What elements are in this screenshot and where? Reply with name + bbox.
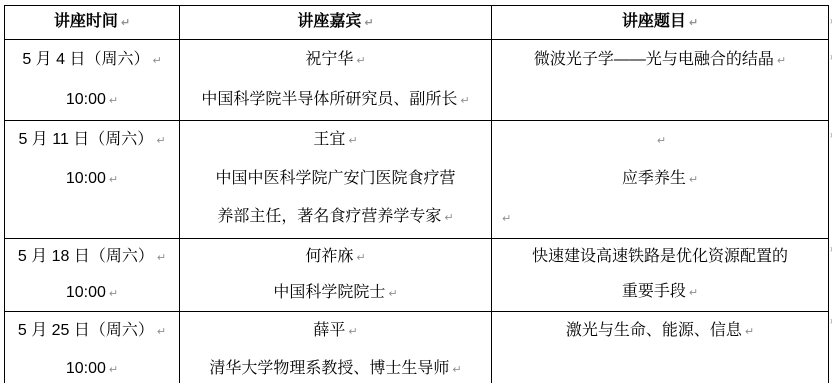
guest-name: 祝宁华↵ [180,40,491,80]
guest-title: 中国中医科学院广安门医院食疗营 [180,160,491,198]
header-cell-time[interactable]: 讲座时间↵ [5,6,180,40]
paragraph-mark-icon: ↵ [356,54,365,67]
time-hour: 10:00↵ [5,160,179,199]
time-hour: 10:00↵ [5,275,179,311]
paragraph-mark-icon: ↵ [460,94,469,107]
header-cell-topic[interactable]: 讲座题目↵ [492,6,829,40]
paragraph-mark-icon: ↵ [745,325,754,338]
document-page: 讲座时间↵ 讲座嘉宾↵ 讲座题目↵ 5 月 4 日（周六）↵ 10:00↵ [0,0,832,383]
cell-time-4[interactable]: 5 月 25 日（周六）↵ 10:00↵ [5,312,180,383]
paragraph-mark-icon: ↵ [109,173,118,186]
cell-time-2[interactable]: 5 月 11 日（周六）↵ 10:00↵ [5,121,180,239]
paragraph-mark-icon: ↵ [364,16,373,29]
header-label-topic: 讲座题目 [622,13,686,30]
topic-line: 激光与生命、能源、信息↵ [492,312,828,350]
topic-empty-line: ↵ [492,121,828,160]
paragraph-mark-icon: ↵ [689,16,698,29]
paragraph-mark-icon: ↵ [109,363,118,376]
lecture-row-3: 5 月 18 日（周六）↵ 10:00↵ 何祚庥↵ 中国科学院院士↵ 快速建设高… [5,239,829,312]
cell-guest-4[interactable]: 薛平↵ 清华大学物理系教授、博士生导师↵ [180,312,492,383]
lecture-table: 讲座时间↵ 讲座嘉宾↵ 讲座题目↵ 5 月 4 日（周六）↵ 10:00↵ [4,5,829,383]
lecture-row-2: 5 月 11 日（周六）↵ 10:00↵ 王宜↵ 中国中医科学院广安门医院食疗营… [5,121,829,239]
cell-topic-4[interactable]: 激光与生命、能源、信息↵ [492,312,829,383]
paragraph-mark-icon: ↵ [157,251,166,264]
guest-name: 王宜↵ [180,121,491,160]
guest-title: 养部主任，著名食疗营养学专家↵ [180,198,491,237]
cell-topic-1[interactable]: 微波光子学——光与电融合的结晶↵ [492,40,829,121]
topic-line: 微波光子学——光与电融合的结晶↵ [492,40,828,80]
header-label-time: 讲座时间 [54,13,118,30]
guest-name: 何祚庥↵ [180,239,491,275]
paragraph-mark-icon: ↵ [502,212,511,225]
header-label-guest: 讲座嘉宾 [297,13,361,30]
paragraph-mark-icon: ↵ [444,211,453,224]
lecture-row-1: 5 月 4 日（周六）↵ 10:00↵ 祝宁华↵ 中国科学院半导体所研究员、副所… [5,40,829,121]
paragraph-mark-icon: ↵ [156,134,165,147]
paragraph-mark-icon: ↵ [777,54,786,67]
cell-time-3[interactable]: 5 月 18 日（周六）↵ 10:00↵ [5,239,180,312]
guest-name: 薛平↵ [180,312,491,350]
time-hour: 10:00↵ [5,350,179,383]
cell-topic-2[interactable]: ↵ 应季养生↵ ↵ [492,121,829,239]
paragraph-mark-icon: ↵ [348,134,357,147]
paragraph-mark-icon: ↵ [388,287,397,300]
paragraph-mark-icon: ↵ [157,325,166,338]
lecture-row-4: 5 月 25 日（周六）↵ 10:00↵ 薛平↵ 清华大学物理系教授、博士生导师… [5,312,829,383]
cell-topic-3[interactable]: 快速建设高速铁路是优化资源配置的 重要手段↵ [492,239,829,312]
paragraph-mark-icon: ↵ [348,325,357,338]
topic-line: 重要手段↵ [492,274,828,310]
header-row: 讲座时间↵ 讲座嘉宾↵ 讲座题目↵ [5,6,829,40]
guest-title: 清华大学物理系教授、博士生导师↵ [180,350,491,383]
paragraph-mark-icon: ↵ [689,286,698,299]
paragraph-mark-icon: ↵ [121,16,130,29]
paragraph-mark-icon: ↵ [109,287,118,300]
time-hour: 10:00↵ [5,80,179,120]
topic-line: 快速建设高速铁路是优化资源配置的 [492,239,828,274]
cell-time-1[interactable]: 5 月 4 日（周六）↵ 10:00↵ [5,40,180,121]
guest-title: 中国科学院院士↵ [180,275,491,311]
lecture-schedule-table: 讲座时间↵ 讲座嘉宾↵ 讲座题目↵ 5 月 4 日（周六）↵ 10:00↵ [4,5,829,383]
cell-guest-1[interactable]: 祝宁华↵ 中国科学院半导体所研究员、副所长↵ [180,40,492,121]
paragraph-mark-icon: ↵ [356,251,365,264]
cell-guest-3[interactable]: 何祚庥↵ 中国科学院院士↵ [180,239,492,312]
paragraph-mark-icon: ↵ [657,134,666,147]
time-date: 5 月 18 日（周六）↵ [5,239,179,275]
time-date: 5 月 4 日（周六）↵ [5,40,179,80]
paragraph-mark-icon: ↵ [109,94,118,107]
paragraph-mark-icon: ↵ [452,363,461,376]
paragraph-mark-icon: ↵ [152,54,161,67]
time-date: 5 月 25 日（周六）↵ [5,312,179,350]
topic-line: 应季养生↵ [492,160,828,199]
cell-guest-2[interactable]: 王宜↵ 中国中医科学院广安门医院食疗营 养部主任，著名食疗营养学专家↵ [180,121,492,239]
guest-title: 中国科学院半导体所研究员、副所长↵ [180,80,491,120]
time-date: 5 月 11 日（周六）↵ [5,121,179,160]
topic-empty-line: ↵ [492,199,828,238]
header-cell-guest[interactable]: 讲座嘉宾↵ [180,6,492,40]
paragraph-mark-icon: ↵ [689,173,698,186]
